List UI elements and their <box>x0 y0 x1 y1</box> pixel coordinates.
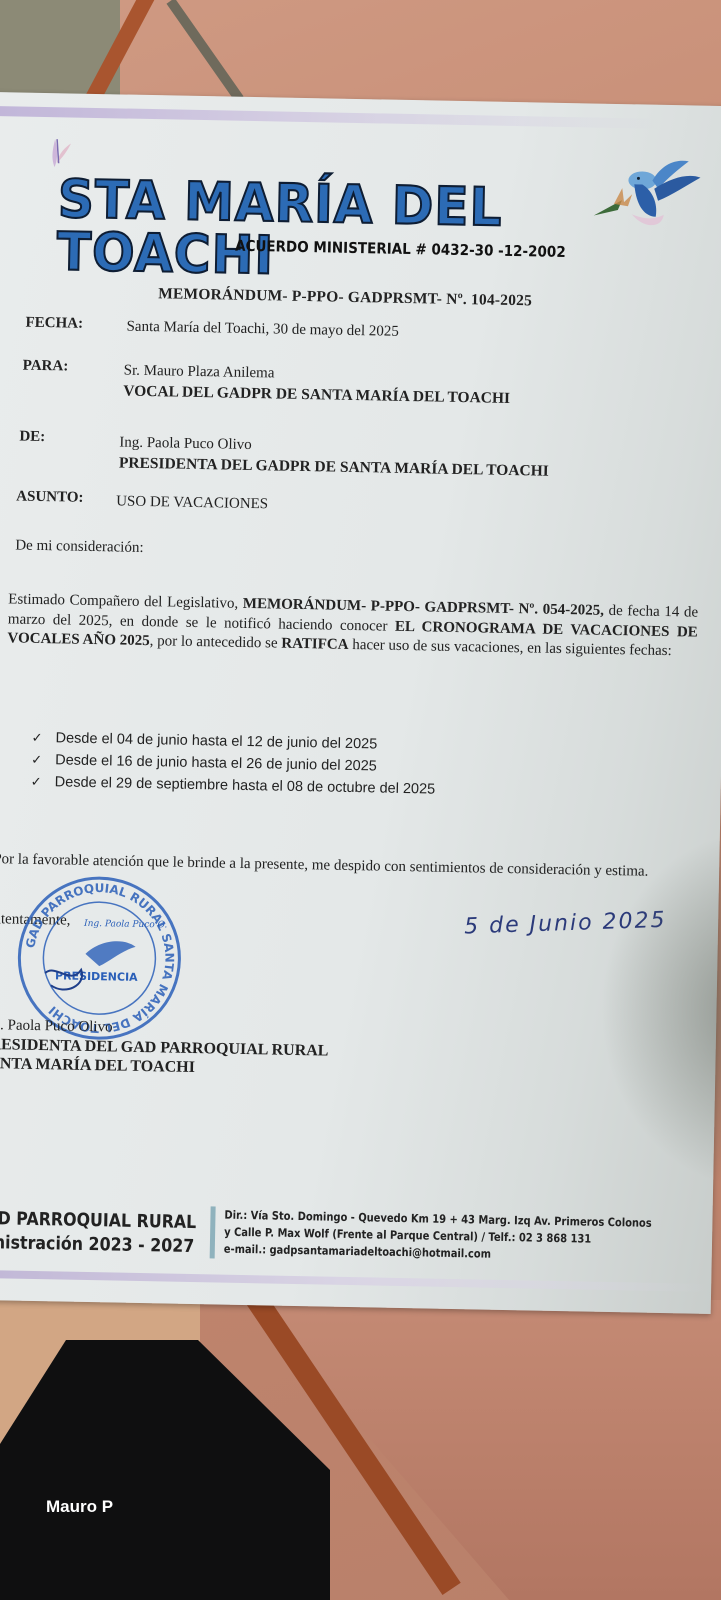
decorative-stripe <box>0 106 721 130</box>
vacation-dates-list: ✓ Desde el 04 de junio hasta el 12 de ju… <box>31 727 437 801</box>
body-text: Estimado Compañero del Legislativo, <box>8 591 243 612</box>
para-title: VOCAL DEL GADPR DE SANTA MARÍA DEL TOACH… <box>123 383 510 408</box>
date-range: Desde el 29 de septiembre hasta el 08 de… <box>55 774 436 797</box>
footer-admin-period: ministración 2023 - 2027 <box>0 1232 194 1257</box>
greeting: De mi consideración: <box>15 537 144 556</box>
date-range: Desde el 16 de junio hasta el 26 de juni… <box>55 752 377 774</box>
checkmark-icon: ✓ <box>31 774 55 790</box>
sender-name-overlay: Mauro P <box>46 1497 113 1517</box>
body-text-bold: MEMORÁNDUM- P-PPO- GADPRSMT- Nº. 054-202… <box>243 596 604 619</box>
hummingbird-logo-icon <box>591 154 703 236</box>
body-text-bold: RATIFCA <box>281 636 349 653</box>
decorative-stripe <box>0 1270 711 1292</box>
signatory-title: SANTA MARÍA DEL TOACHI <box>0 1055 195 1077</box>
para-label: PARA: <box>23 358 69 376</box>
signatory-name: Ing. Paola Puco Olivo <box>0 1017 113 1037</box>
checkmark-icon: ✓ <box>31 752 55 768</box>
checkmark-icon: ✓ <box>31 730 55 746</box>
memo-number: MEMORÁNDUM- P-PPO- GADPRSMT- Nº. 104-202… <box>158 285 532 310</box>
fecha-value: Santa María del Toachi, 30 de mayo del 2… <box>126 319 399 341</box>
date-range: Desde el 04 de junio hasta el 12 de juni… <box>55 730 377 752</box>
asunto-label: ASUNTO: <box>16 489 84 507</box>
body-text: , por lo antecedido se <box>150 633 282 652</box>
body-text: hacer uso de sus vacaciones, en las sigu… <box>348 637 671 659</box>
asunto-value: USO DE VACACIONES <box>116 493 268 513</box>
de-title: PRESIDENTA DEL GADPR DE SANTA MARÍA DEL … <box>119 454 549 480</box>
svg-text:PRESIDENCIA: PRESIDENCIA <box>55 969 138 984</box>
svg-text:Ing. Paola Puco O.: Ing. Paola Puco O. <box>83 919 168 931</box>
fecha-label: FECHA: <box>25 315 83 333</box>
para-name: Sr. Mauro Plaza Anilema <box>124 363 275 383</box>
body-paragraph: Estimado Compañero del Legislativo, MEMO… <box>7 590 698 662</box>
de-label: DE: <box>19 429 45 446</box>
memo-document: STA MARÍA DEL TOACHI ACUERDO MINISTERIAL… <box>0 92 721 1314</box>
footer-address: Dir.: Vía Sto. Domingo - Quevedo Km 19 +… <box>224 1207 652 1266</box>
butterfly-icon <box>40 133 81 174</box>
footer-divider <box>210 1206 216 1258</box>
footer-org: GAD PARROQUIAL RURAL <box>0 1208 196 1233</box>
de-name: Ing. Paola Puco Olivo <box>119 434 252 454</box>
